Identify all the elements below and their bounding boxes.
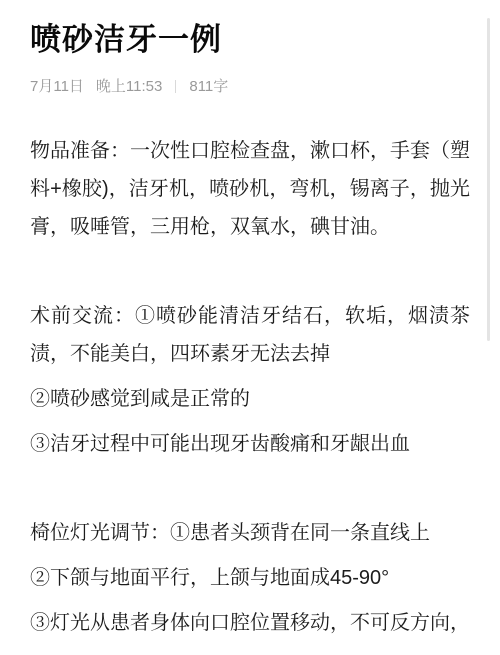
note-paragraph: ②喷砂感觉到咸是正常的 [30, 380, 470, 418]
meta-divider [175, 80, 176, 93]
note-paragraph: ②下颌与地面平行，上颌与地面成45-90° [30, 559, 470, 597]
note-title[interactable]: 喷砂洁牙一例 [30, 0, 470, 58]
note-word-count: 811字 [189, 78, 228, 95]
note-time: 晚上11:53 [96, 78, 162, 95]
note-paragraph: ③灯光从患者身体向口腔位置移动，不可反方向， [30, 604, 470, 642]
note-section-chair-light: 椅位灯光调节：①患者头颈背在同一条直线上 ②下颌与地面平行，上颌与地面成45-9… [30, 514, 470, 642]
note-page: 喷砂洁牙一例 7月11日 晚上11:53 811字 物品准备：一次性口腔检查盘，… [0, 0, 500, 655]
note-date: 7月11日 [30, 78, 84, 95]
note-paragraph: ③洁牙过程中可能出现牙齿酸痛和牙龈出血 [30, 425, 470, 463]
note-meta: 7月11日 晚上11:53 811字 [30, 78, 470, 95]
note-paragraph: 术前交流：①喷砂能清洁牙结石，软垢，烟渍茶渍，不能美白，四环素牙无法去掉 [30, 297, 470, 373]
scrollbar-thumb[interactable] [487, 18, 490, 341]
note-section-preop-communication: 术前交流：①喷砂能清洁牙结石，软垢，烟渍茶渍，不能美白，四环素牙无法去掉 ②喷砂… [30, 297, 470, 463]
note-paragraph: 椅位灯光调节：①患者头颈背在同一条直线上 [30, 514, 470, 552]
note-section-supplies: 物品准备：一次性口腔检查盘，漱口杯，手套（塑料+橡胶)，洁牙机，喷砂机，弯机，锡… [30, 132, 470, 246]
note-content[interactable]: 物品准备：一次性口腔检查盘，漱口杯，手套（塑料+橡胶)，洁牙机，喷砂机，弯机，锡… [30, 132, 470, 642]
note-paragraph: 物品准备：一次性口腔检查盘，漱口杯，手套（塑料+橡胶)，洁牙机，喷砂机，弯机，锡… [30, 132, 470, 246]
